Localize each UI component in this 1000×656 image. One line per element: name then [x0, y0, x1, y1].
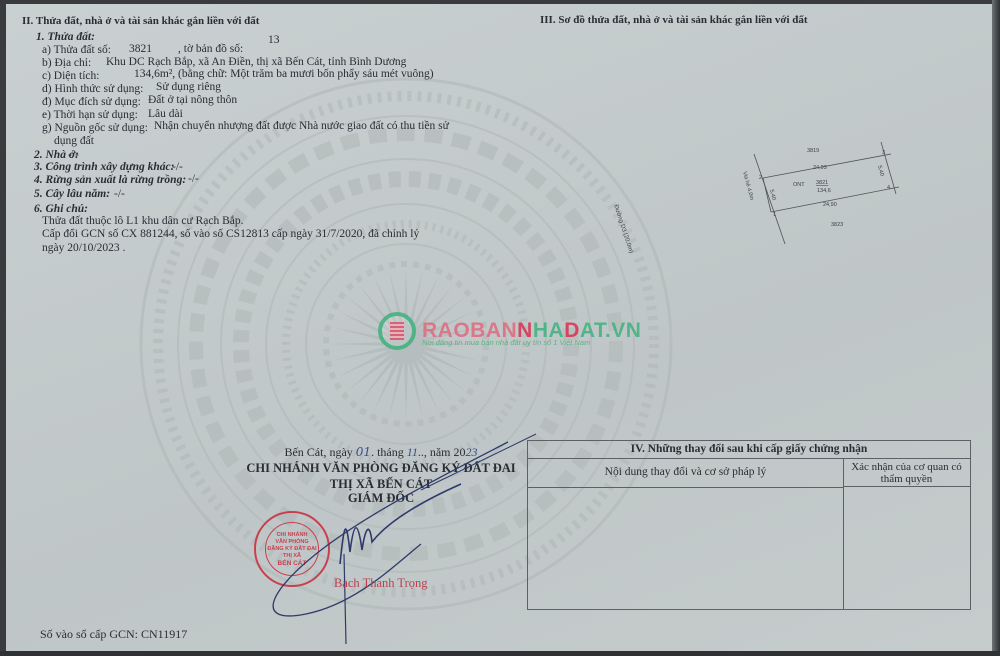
origin-cont: dụng đất [54, 135, 94, 148]
notes-line-1: Thửa đất thuộc lô L1 khu dân cư Rạch Bắp… [42, 215, 244, 228]
use-form-label: d) Hình thức sử dụng: [42, 83, 143, 96]
other-construction-label: 3. Công trình xây dựng khác: [34, 161, 174, 174]
signature-icon [246, 424, 566, 644]
changes-table: IV. Những thay đổi sau khi cấp giấy chứn… [527, 440, 971, 610]
svg-text:1: 1 [773, 212, 776, 218]
building-logo-icon [378, 312, 416, 350]
certificate-page: II. Thửa đất, nhà ở và tài sản khác gắn … [6, 4, 992, 652]
svg-text:3821: 3821 [816, 180, 828, 186]
confirmation-cell [843, 487, 970, 609]
svg-text:ONT: ONT [793, 182, 805, 188]
land-heading: 1. Thửa đất: [36, 31, 95, 44]
address-label: b) Địa chỉ: [42, 57, 91, 70]
registry-value: CN11917 [141, 627, 187, 641]
purpose: Đất ở tại nông thôn [148, 94, 237, 107]
column-header-confirmation: Xác nhận của cơ quan có thẩm quyền [843, 458, 970, 487]
section-iii-title: III. Sơ đồ thửa đất, nhà ở và tài sản kh… [540, 14, 808, 27]
svg-text:2: 2 [759, 175, 762, 181]
area-label: c) Diện tích: [42, 70, 99, 83]
svg-text:5,40: 5,40 [876, 165, 885, 177]
svg-text:24,90: 24,90 [823, 202, 837, 208]
perennial-value: -/- [114, 188, 125, 201]
other-construction-value: -/- [172, 161, 183, 174]
svg-text:3: 3 [882, 150, 885, 156]
map-sheet-number: 13 [268, 34, 280, 47]
parcel-number: 3821 [129, 43, 152, 56]
section-iv-title: IV. Những thay đổi sau khi cấp giấy chứn… [528, 441, 970, 459]
purpose-label: đ) Mục đích sử dụng: [42, 96, 141, 109]
map-sheet-label: , tờ bản đồ số: [178, 43, 243, 56]
area: 134,6m², (bằng chữ: Một trăm ba mươi bốn… [134, 68, 434, 81]
svg-text:24,93: 24,93 [813, 165, 827, 171]
land-sketch: 3819 3823 24,93 24,90 ONT 3821 134,6 5,4… [741, 134, 931, 244]
road-label: Đường D3 (20,0m) [612, 204, 633, 254]
origin: Nhận chuyển nhượng đất được Nhà nước gia… [154, 120, 449, 133]
forest-value: -/- [188, 173, 199, 186]
svg-text:3823: 3823 [831, 222, 843, 228]
svg-text:Via hè 4,0m: Via hè 4,0m [741, 171, 754, 201]
term-label: e) Thời hạn sử dụng: [42, 109, 138, 122]
origin-label: g) Nguồn gốc sử dụng: [42, 122, 148, 135]
use-form: Sử dụng riêng [156, 81, 221, 94]
background-right [992, 0, 1000, 656]
background-bottom [0, 651, 1000, 656]
signer-name: Bạch Thanh Trọng [334, 576, 428, 591]
registry-number: Số vào sổ cấp GCN: CN11917 [40, 628, 187, 641]
watermark-tagline: Nơi đăng tin mua bán nhà đất uy tín số 1… [422, 338, 590, 347]
notes-line-2: Cấp đổi GCN số CX 881244, số vào số CS12… [42, 228, 419, 241]
svg-text:3819: 3819 [807, 148, 819, 154]
changes-content-cell [528, 487, 844, 609]
forest-label: 4. Rừng sản xuất là rừng trồng: [34, 174, 186, 187]
perennial-label: 5. Cây lâu năm: [34, 188, 110, 201]
parcel-number-label: a) Thửa đất số: [42, 44, 111, 57]
raobannhadat-watermark: RAOBANNHADAT.VN Nơi đăng tin mua bán nhà… [378, 312, 641, 350]
svg-text:4: 4 [887, 185, 890, 191]
section-ii-title: II. Thửa đất, nhà ở và tài sản khác gắn … [22, 15, 259, 28]
column-header-content: Nội dung thay đổi và cơ sở pháp lý [528, 458, 844, 488]
notes-line-3: ngày 20/10/2023 . [42, 242, 125, 255]
svg-text:134,6: 134,6 [817, 188, 831, 194]
